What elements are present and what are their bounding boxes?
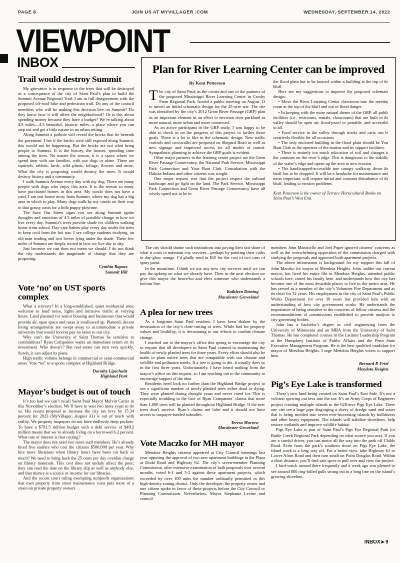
- continuation-marker: INBOX ▶ 9: [328, 540, 388, 548]
- letter-signature: Dorothy Lipschultz Highland Park: [18, 369, 134, 380]
- drop-cap: T: [149, 90, 159, 102]
- letter-paragraph: High traffic volume belongs in commercia…: [18, 356, 134, 366]
- inbox-header: INBOX: [17, 56, 135, 70]
- letter-heading: Mayor’s budget is out of touch: [18, 387, 134, 396]
- feature-byline: By Kent Petterson: [149, 81, 265, 86]
- folio-page-number: PAGE 8: [18, 10, 36, 15]
- letter-heading: Vote Maczko for MH mayor: [140, 439, 265, 448]
- continuation-label: INBOX: [364, 540, 380, 545]
- feature-column-1: By Kent Petterson The city of Saint Paul…: [149, 80, 265, 202]
- feature-author-note: Kent Petterson is the owner of Terrace H…: [273, 192, 388, 202]
- feature-paragraph: As an active participant in the GRP stud…: [149, 126, 265, 157]
- letter-paragraph: As a longtime Saint Paul resident, I hav…: [140, 320, 265, 341]
- letter-paragraph: What a travesty! In a long-established, …: [18, 305, 134, 336]
- letter-paragraph: Just because we can does not mean we sho…: [18, 247, 134, 262]
- letter-signature: Cynthia Rapacz Summit Hill: [18, 265, 134, 276]
- letter-maczko-part1: Vote Maczko for MH mayor Mendota Heights…: [140, 439, 265, 503]
- letter-budget-part2: The city should shame such institutions …: [140, 246, 265, 301]
- folio-site-url: JOIN US AT MYVILLAGER .COM: [131, 10, 208, 15]
- letter-signature: Bernard P. Friel Mendota Heights: [271, 362, 395, 373]
- letter-paragraph: In the meantime, I think we nix any new …: [140, 267, 265, 288]
- folio-bar: PAGE 8 JOIN US AT MYVILLAGER .COM WEDNES…: [18, 10, 390, 19]
- feature-bullet-item: • In keeping with the more natural theme…: [273, 111, 388, 131]
- letter-trail: Trail would destroy Summit My grievance …: [18, 75, 134, 276]
- feature-paragraph: Here are my suggestions to improve the p…: [273, 90, 388, 100]
- letters-column-middle: The city should shame such institutions …: [140, 246, 265, 562]
- folio-date: WEDNESDAY, SEPTEMBER 14, 2022: [303, 10, 390, 15]
- letter-paragraph: Along Summit a pothole will reveal the b…: [18, 134, 134, 180]
- letter-paragraph: And the recent court ruling exempting no…: [18, 477, 134, 492]
- letter-paragraph: Residents need look no further than the …: [140, 382, 265, 418]
- signer-location: Summit Hill: [18, 271, 128, 276]
- feature-bullet-item: • The handicapped-accessible tree canopy…: [273, 167, 388, 187]
- signer-location: Highland Park: [18, 375, 128, 380]
- letters-column-right: members John Mazzitello and Joel Paper i…: [271, 246, 395, 562]
- newspaper-page: PAGE 8 JOIN US AT MYVILLAGER .COM WEDNES…: [0, 0, 400, 563]
- feature-bullet-item: • There is entirely too much relocation …: [273, 152, 388, 167]
- jump-arrow-icon: ▶: [381, 540, 384, 545]
- letter-pigseye: Pig’s Eye Lake is transformed There’s ne…: [271, 380, 395, 480]
- letter-paragraph: members John Mazzitello and Joel Paper i…: [271, 246, 395, 261]
- letter-paragraph: Pigs Eye Lake is part of Saint Paul’s Pi…: [271, 428, 395, 464]
- masthead-rule: [190, 42, 390, 43]
- feature-bullet-item: • The only enclosed building in the floo…: [273, 141, 388, 151]
- letter-signature: Teresa Morrow Macalester-Groveland: [140, 421, 265, 432]
- inbox-rule: [62, 67, 135, 68]
- letter-paragraph: The Save Our Street signs you see along …: [18, 211, 134, 247]
- letter-paragraph: Mendota Heights citizens appeared at Cit…: [140, 451, 265, 503]
- letter-ust: Vote ‘no’ on UST sports complex What a t…: [18, 283, 134, 380]
- letter-trees: A plea for new trees As a longtime Saint…: [140, 308, 265, 432]
- letter-heading: A plea for new trees: [140, 308, 265, 317]
- signer-location: Macalester-Groveland: [140, 295, 259, 300]
- feature-article-box: Plan for River Learning Center can be im…: [141, 57, 396, 241]
- letter-paragraph: There’s new land being created on Saint …: [271, 392, 395, 428]
- letter-paragraph: I reached out to the mayor’s office this…: [140, 341, 265, 382]
- feature-headline: Plan for River Learning Center can be im…: [149, 64, 388, 77]
- letter-paragraph: The city should shame such institutions …: [140, 246, 265, 267]
- letter-paragraph: The above information is background for …: [271, 261, 395, 323]
- inbox-title: INBOX: [17, 56, 58, 70]
- letter-maczko-part2: members John Mazzitello and Joel Paper i…: [271, 246, 395, 373]
- letter-heading: Pig’s Eye Lake is transformed: [271, 380, 395, 389]
- feature-paragraph: Other major partners in the learning cen…: [149, 157, 265, 177]
- letters-column-left: Trail would destroy Summit My grievance …: [18, 74, 134, 561]
- letter-paragraph: I bird-watch around there frequently and…: [271, 464, 395, 479]
- signer-location: Mendota Heights: [271, 368, 389, 373]
- section-masthead: VIEWPOINT: [16, 26, 169, 58]
- letter-signature: Kathleen Deming Macalester-Groveland: [140, 290, 265, 301]
- feature-bullet-item: • Food service in the valley through tru…: [273, 131, 388, 141]
- signer-location: Macalester-Groveland: [140, 426, 259, 431]
- letter-paragraph: John has a bachelor’s degree in civil en…: [271, 323, 395, 359]
- letter-paragraph: I walk Summit Avenue every day with my d…: [18, 180, 134, 211]
- edge-mark: [0, 54, 8, 63]
- feature-paragraph: the flood plain but to be housed within …: [273, 80, 388, 90]
- feature-bullet-item: • Move the River Learning Center classro…: [273, 100, 388, 110]
- letter-heading: Vote ‘no’ on UST sports complex: [18, 283, 134, 302]
- letter-paragraph: My grievance is in response to the trees…: [18, 87, 134, 133]
- letter-paragraph: Why can’t the University of Saint Thomas…: [18, 336, 134, 357]
- feature-paragraph: The city of Saint Paul, as the owner and…: [149, 90, 265, 126]
- letter-budget-part1: Mayor’s budget is out of touch It’s too …: [18, 387, 134, 492]
- continuation-page: 9: [385, 540, 388, 545]
- feature-paragraph: One major request was that the project r…: [149, 177, 265, 197]
- letter-heading: Trail would destroy Summit: [18, 75, 134, 84]
- letter-paragraph: It’s too bad we can’t recall Saint Paul …: [18, 400, 134, 441]
- letter-paragraph: The mayor does not need two more staff m…: [18, 441, 134, 477]
- feature-column-2: the flood plain but to be housed within …: [273, 80, 388, 202]
